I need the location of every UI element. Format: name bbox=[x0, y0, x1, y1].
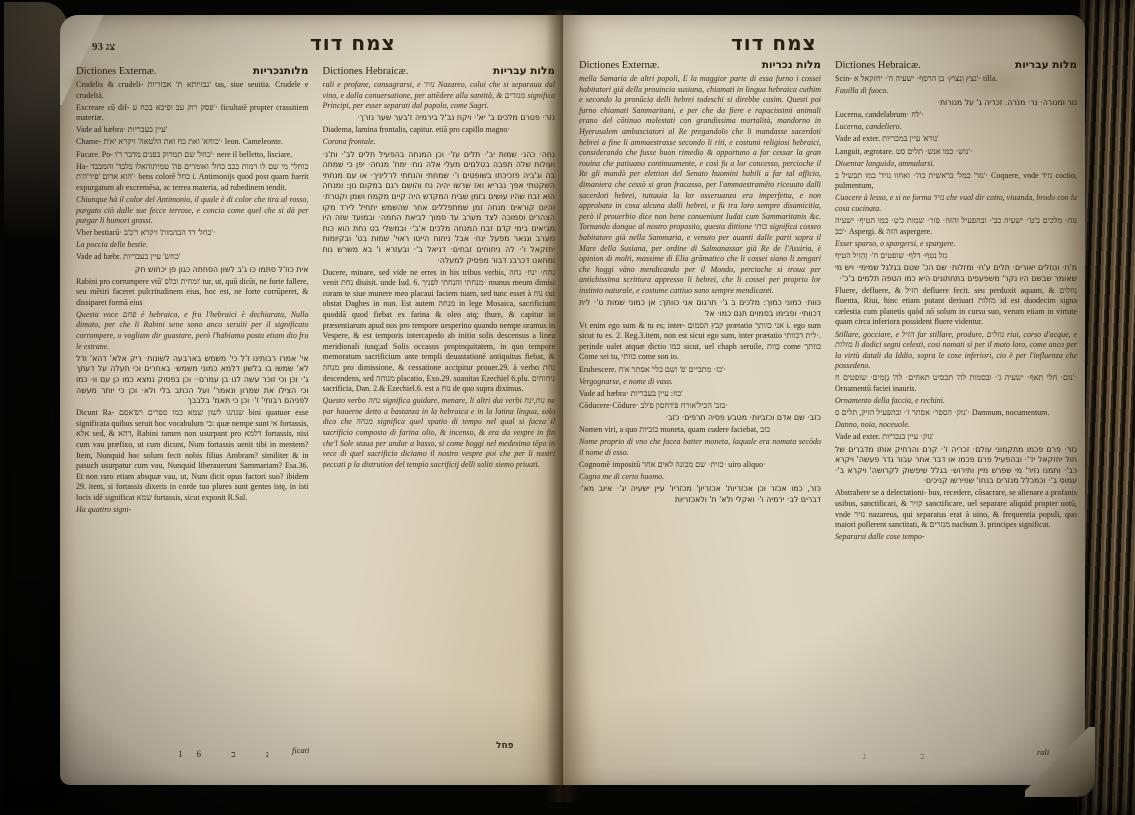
paragraph: Nome proprio di vno che facea batter mon… bbox=[579, 437, 821, 458]
paragraph: rali e profane, consagrarsi, e נזיר Naza… bbox=[323, 80, 556, 112]
column-header-latin: Dictiones Hebraicæ. bbox=[835, 60, 921, 71]
paragraph: Vade ad hæbra· עיין בעבריות' bbox=[76, 125, 309, 136]
paragraph: Cognomē impositū כזית· שם מכונה לאים אחר… bbox=[579, 460, 821, 471]
paragraph: Scin- נצץ וְנִצּוֹץ· בן הרסף· ישעיה ח'· … bbox=[835, 74, 1077, 85]
paragraph: Fucare. Po- כחל' שם תמרוק בפנים מדבר ר'ו… bbox=[76, 150, 309, 161]
page-title-hebrew: צמח דוד bbox=[731, 31, 817, 55]
catchword-hebrew: פחל bbox=[496, 741, 514, 751]
paragraph: Ha- כוחלי' מי שם לו דמות ככב כחל' ואומרי… bbox=[76, 162, 309, 194]
left-page-inner-column: Dictiones Hebraicæ. מלות עבריות rali e p… bbox=[323, 65, 556, 729]
paragraph: נזק· הספר· אסתר ז'· ובהפעיל הזיק, תלים ס… bbox=[835, 408, 1077, 419]
column-header: Dictiones Externæ. מלותנכריות bbox=[76, 65, 309, 77]
paragraph: נחה· כהנ· שמות יב'· תלים עז'· וכן המנחה … bbox=[323, 150, 556, 267]
paragraph: נזר· פטרם מלכים ב' יא'· ויקח נב'ל בירמיה… bbox=[323, 113, 556, 124]
paragraph: Corona frontale. bbox=[323, 137, 556, 148]
paragraph: כּוות· כמוני כמוך: מלכים ב ג'· תרגום אני… bbox=[579, 298, 821, 319]
paragraph: נזם· חלי תאף· ישעיה ג'· ובסמות לה' תכסיט… bbox=[835, 373, 1077, 394]
column-header-hebrew: מלות עבריות bbox=[1015, 59, 1077, 71]
paragraph: mella Samaria de altri popoli, E la magg… bbox=[579, 74, 821, 296]
paragraph: Nomen viri, a quo כזביות moneta, quam cu… bbox=[579, 425, 821, 436]
paragraph: Vade ad hæbr. כחש' עיין בעבריות' bbox=[76, 252, 309, 263]
paragraph: Separarsi dalle cose tempo- bbox=[835, 532, 1077, 543]
paragraph: נזר' כמל' בראשית כה'· ואחזו נזיד' כמו תב… bbox=[835, 171, 1077, 192]
paragraph: Questo verbo נחה significa guidare, mena… bbox=[323, 396, 556, 470]
paragraph: La poccia delle bestie. bbox=[76, 240, 309, 251]
column-header: Dictiones Hebraicæ. מלות עבריות bbox=[323, 65, 556, 77]
paragraph: Lucerna, candeliero. bbox=[835, 122, 1077, 133]
column-header-hebrew: מלותנכריות bbox=[253, 65, 309, 77]
column-header-latin: Dictiones Externæ. bbox=[76, 66, 156, 77]
paragraph: Ducere, minare, sed vide ne erres in his… bbox=[323, 268, 556, 395]
left-page: 93 צג צמח דוד Dictiones Externæ. מלותנכר… bbox=[60, 15, 563, 785]
right-page-columns: Dictiones Externæ. מלות נכריות mella Sam… bbox=[579, 59, 1077, 729]
paragraph: Cuocere à lesso, e si ne forma נזיד che … bbox=[835, 193, 1077, 214]
paragraph: Cogno me di certo huomo. bbox=[579, 472, 821, 483]
paragraph: Chame- כוחא' ואת כח ואת הלטאה' ויקרא יא'… bbox=[76, 137, 309, 148]
paragraph: Ha quattro signi- bbox=[76, 505, 309, 516]
paragraph: Fluere, defluere, & הזיל defluere fecit.… bbox=[835, 286, 1077, 328]
paragraph: Diuentar languido, ammalarsi. bbox=[835, 159, 1077, 170]
curled-page-corner bbox=[1025, 727, 1095, 797]
column-text: Crudelis & crudeli- נבזיותא ת' אכזריות' … bbox=[76, 80, 309, 516]
paragraph: Chiunque hà il color del Antimonio, il q… bbox=[76, 195, 309, 227]
paragraph: Vade ad exter. נזק· עיין בנכריות' bbox=[835, 432, 1077, 443]
paragraph: Vade ad exter. נורא' עיין במכריות' bbox=[835, 134, 1077, 145]
paragraph: Vade ad hæbra· כוז: עיין בעבריות' bbox=[579, 389, 821, 400]
paragraph: Questa voce פחם è hebraica, e fra l'hebr… bbox=[76, 310, 309, 352]
paragraph: Cōducere·Cōdure· כזב' הכיל'אורח פ'דחסון … bbox=[579, 401, 821, 412]
paragraph: כזב· שם אדם וכזביות· מטבע פסיה תרפים· כז… bbox=[579, 413, 821, 424]
column-header-latin: Dictiones Externæ. bbox=[579, 60, 659, 71]
paragraph: כּזר, כמו אכזר וכן אכזריות' אכזריון' מכז… bbox=[579, 484, 821, 505]
paragraph: נזר· פרם פכמו מתקמוני עולם· זכריה ז'· קר… bbox=[835, 445, 1077, 487]
left-page-outer-column: Dictiones Externæ. מלותנכריות Crudelis &… bbox=[76, 65, 309, 729]
paragraph: Vber bestiarū· כחל' דד הבהמות' ויקרא ר'כ… bbox=[76, 228, 309, 239]
paragraph: Ornamento della faccia, e rechini. bbox=[835, 396, 1077, 407]
paragraph: Vergognarse, e nome di vaso. bbox=[579, 377, 821, 388]
column-text: mella Samaria de altri popoli, E la magg… bbox=[579, 74, 821, 505]
paragraph: Erubescere. כז· מתביים 'פ' ושם כלי' אסתר… bbox=[579, 365, 821, 376]
paragraph: Lucerna, candelabrum· לח'· bbox=[835, 110, 1077, 121]
paragraph: Danno, noia, noceuole. bbox=[835, 420, 1077, 431]
paragraph: Dicunt Ra- שנהגו לשון שמא כמו ספרים רפ'א… bbox=[76, 408, 309, 503]
column-text: rali e profane, consagrarsi, e נזיר Naza… bbox=[323, 80, 556, 470]
paragraph: נזה· מלכים ב'ט'· ישעיה כב'· ובהפעיל והזה… bbox=[835, 216, 1077, 237]
paragraph: אית כוז'ל סתמו כו ג'ב לשון הסחתה כגון פן… bbox=[76, 265, 309, 276]
left-page-columns: Dictiones Externæ. מלותנכריות Crudelis &… bbox=[76, 65, 555, 729]
page-stack-left-edge bbox=[4, 2, 68, 808]
paragraph: Stillare, gocciare, e הזיל far stillare,… bbox=[835, 330, 1077, 372]
catchword-latin: ficati bbox=[292, 745, 309, 755]
paragraph: Rabini pro corrumpere vtū' ומחית וכלפ' t… bbox=[76, 277, 309, 309]
gathering-signature: 16 נ ב bbox=[178, 749, 283, 759]
gathering-signature: ב ג bbox=[863, 751, 951, 761]
paragraph: אי' אמרו רבותינו ז'ל כי' משמש בארבעה לשו… bbox=[76, 354, 309, 407]
right-page-inner-column: Dictiones Hebraicæ. מלות עבריות Scin- נצ… bbox=[835, 59, 1077, 729]
paragraph: Diadema, lamina frontalis, capitur. etiā… bbox=[323, 125, 556, 136]
page-stack-right-edge bbox=[1077, 0, 1135, 815]
paragraph: נור ומנורה· נר· מנֹרה. זכריה ג' על מנורו… bbox=[835, 98, 1077, 109]
column-text: Scin- נצץ וְנִצּוֹץ· בן הרסף· ישעיה ח'· … bbox=[835, 74, 1077, 543]
paragraph: מ'ח· ונוזלים יאורים· תלים ע'ח· ומזלות· ש… bbox=[835, 263, 1077, 284]
paragraph: Excreare cū dif- פסק רוק עב ופיכא בכח ע'… bbox=[76, 103, 309, 124]
paragraph: Abstrahere se a delectationi- bus, reced… bbox=[835, 488, 1077, 530]
column-header: Dictiones Hebraicæ. מלות עבריות bbox=[835, 59, 1077, 71]
right-page-outer-column: Dictiones Externæ. מלות נכריות mella Sam… bbox=[579, 59, 821, 729]
paragraph: נזל נטף· דלף· שופטים ח'· וְהֵזִיל הטיף bbox=[835, 251, 1077, 262]
right-page: צמח דוד Dictiones Externæ. מלות נכריות m… bbox=[563, 15, 1085, 785]
book-photograph: 93 צג צמח דוד Dictiones Externæ. מלותנכר… bbox=[0, 0, 1135, 815]
column-header: Dictiones Externæ. מלות נכריות bbox=[579, 59, 821, 71]
paragraph: Fauilla di fuoco. bbox=[835, 86, 1077, 97]
column-header-latin: Dictiones Hebraicæ. bbox=[323, 66, 409, 77]
paragraph: Languit, ægrotare. נוש· כמו אנש· תלים סט… bbox=[835, 147, 1077, 158]
page-title-hebrew: צמח דוד bbox=[310, 31, 396, 55]
folio-number: 93 צג bbox=[92, 41, 115, 53]
paragraph: Crudelis & crudeli- נבזיותא ת' אכזריות' … bbox=[76, 80, 309, 101]
column-header-hebrew: מלות נכריות bbox=[762, 59, 821, 71]
paragraph: Vt enim ego sum & tu es; inter- קבץ הסמו… bbox=[579, 321, 821, 363]
paragraph: Esser sparso, o spargersi, e spargere. bbox=[835, 239, 1077, 250]
